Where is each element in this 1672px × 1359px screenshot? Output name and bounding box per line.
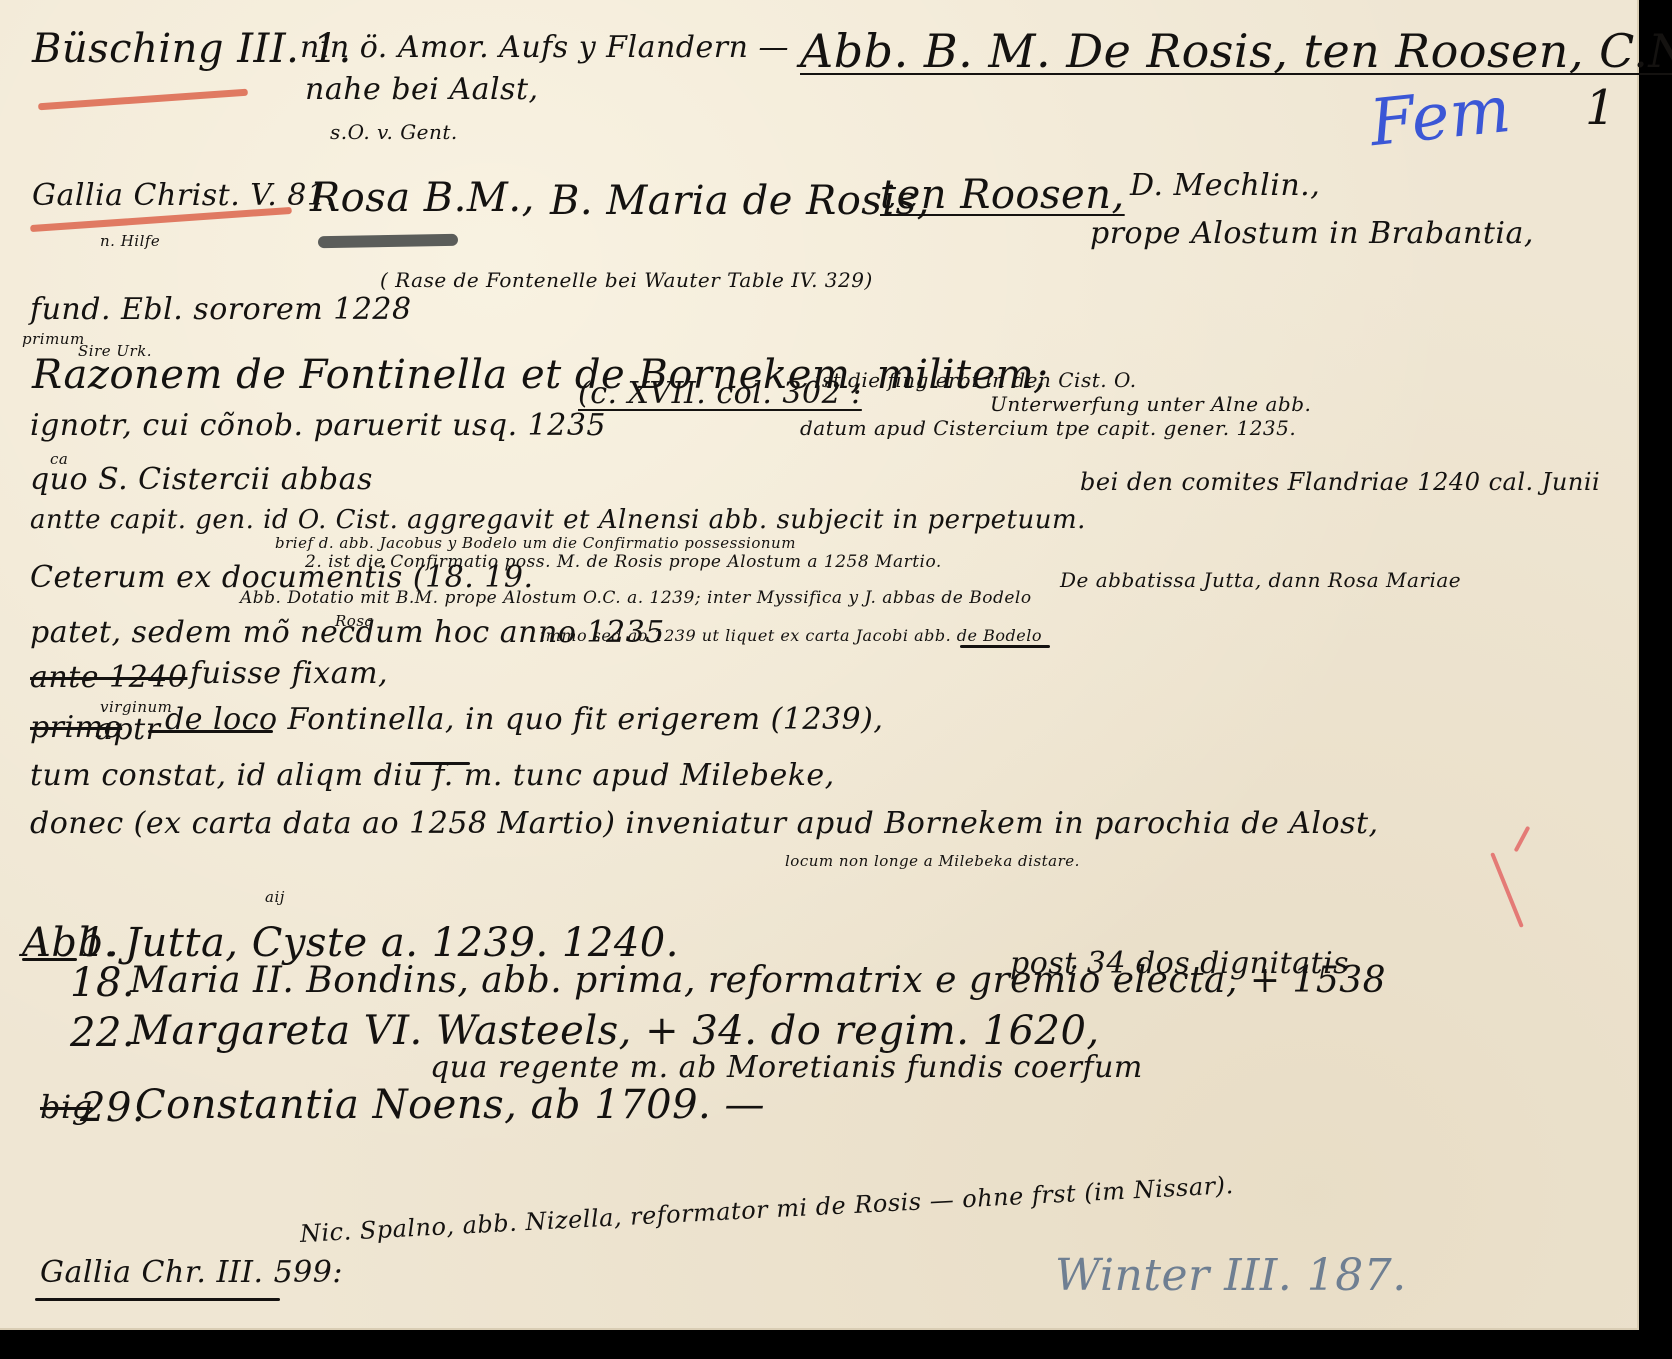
donec-sub: locum non longe a Milebeka distare. (785, 852, 1080, 870)
ceterum-sub: Abb. Dotatio mit B.M. prope Alostum O.C.… (240, 588, 1032, 608)
manuscript-page: Büsching III. 1. nin ö. Amor. Aufs y Fla… (0, 0, 1639, 1330)
line-antte: antte capit. gen. id O. Cist. aggregavit… (30, 505, 1086, 535)
underline-loco (148, 730, 273, 733)
founding-sub: primum (22, 330, 85, 348)
abbess-subnote: post 34 dos dignitatis (1010, 946, 1349, 981)
abbess-number: 18. (70, 960, 135, 1006)
founding-1228: fund. Ebl. sororem 1228 (30, 292, 412, 327)
diocese-mechlin: D. Mechlin., (1130, 168, 1320, 203)
abbess-entry: Constantia Noens, ab 1709. — (135, 1082, 765, 1128)
pencil-reference-winter: Winter III. 187. (1055, 1250, 1407, 1301)
footer-reference: Gallia Chr. III. 599: (40, 1255, 343, 1290)
name-ten-roosen: ten Roosen, (880, 172, 1125, 218)
abbess-subnote: qua regente m. ab Moretianis fundis coer… (430, 1050, 1143, 1085)
document-title: Abb. B. M. De Rosis, ten Roosen, C.N. (800, 24, 1672, 78)
ceterum-mid: 2. ist die Confirmatio poss. M. de Rosis… (305, 552, 942, 572)
patet-right: immo sed ao 1239 ut liquet ex carta Jaco… (540, 626, 1042, 645)
note-alne: Unterwerfung unter Alne abb. (990, 392, 1311, 416)
note-datum: datum apud Cistercium tpe capit. gener. … (800, 416, 1296, 440)
name-b-maria: B. Maria de Rosis, (550, 178, 930, 224)
line-donec: donec (ex carta data ao 1258 Martio) inv… (30, 806, 1379, 841)
abbess-superscript: aij (265, 888, 285, 906)
note-gent: s.O. v. Gent. (330, 120, 458, 144)
red-crayon-mark (1490, 852, 1524, 928)
red-underline (38, 89, 248, 111)
red-crayon-mark (1514, 826, 1531, 853)
note-cist-order: ist die fing erbi in den Cist. O. (815, 368, 1137, 392)
card-number: 1 (1585, 80, 1616, 136)
grey-underline (318, 234, 458, 248)
blue-pencil-annotation: Fem (1367, 73, 1515, 161)
footer-underline (35, 1298, 280, 1301)
line-ignota: ignotr, cui cõnob. paruerit usq. 1235 (30, 408, 606, 443)
antte-right-note: bei den comites Flandriae 1240 cal. Juni… (1080, 468, 1600, 496)
location-alostum: prope Alostum in Brabantia, (1090, 216, 1534, 251)
underline-abb (22, 958, 77, 961)
line-quo: quo S. Cistercii abbas (30, 462, 373, 497)
note-abbatissa: De abbatissa Jutta, dann Rosa Mariae (1060, 568, 1461, 592)
abbess-number: 22. (70, 1010, 135, 1056)
parenthetical-note: ( Rase de Fontenelle bei Wauter Table IV… (380, 268, 873, 292)
struck-ante-1240: ante 1240 (30, 660, 187, 695)
fuisse-fixam: fuisse fixam, (190, 656, 388, 691)
abbess-entry: Margareta VI. Wasteels, + 34. do regim. … (130, 1008, 1100, 1054)
name-rosa: Rosa B.M., (310, 175, 535, 221)
footer-note: Nic. Spalno, abb. Nizella, reformator mi… (299, 1171, 1234, 1248)
antte-sub: brief d. abb. Jacobus y Bodelo um die Co… (275, 534, 796, 552)
note-flandern: nin ö. Amor. Aufs y Flandern — (300, 30, 789, 65)
underline-milebeke (410, 762, 470, 765)
reference-sub: n. Hilfe (100, 232, 160, 250)
note-aalst: nahe bei Aalst, (305, 72, 539, 107)
dash-rule (960, 645, 1050, 648)
